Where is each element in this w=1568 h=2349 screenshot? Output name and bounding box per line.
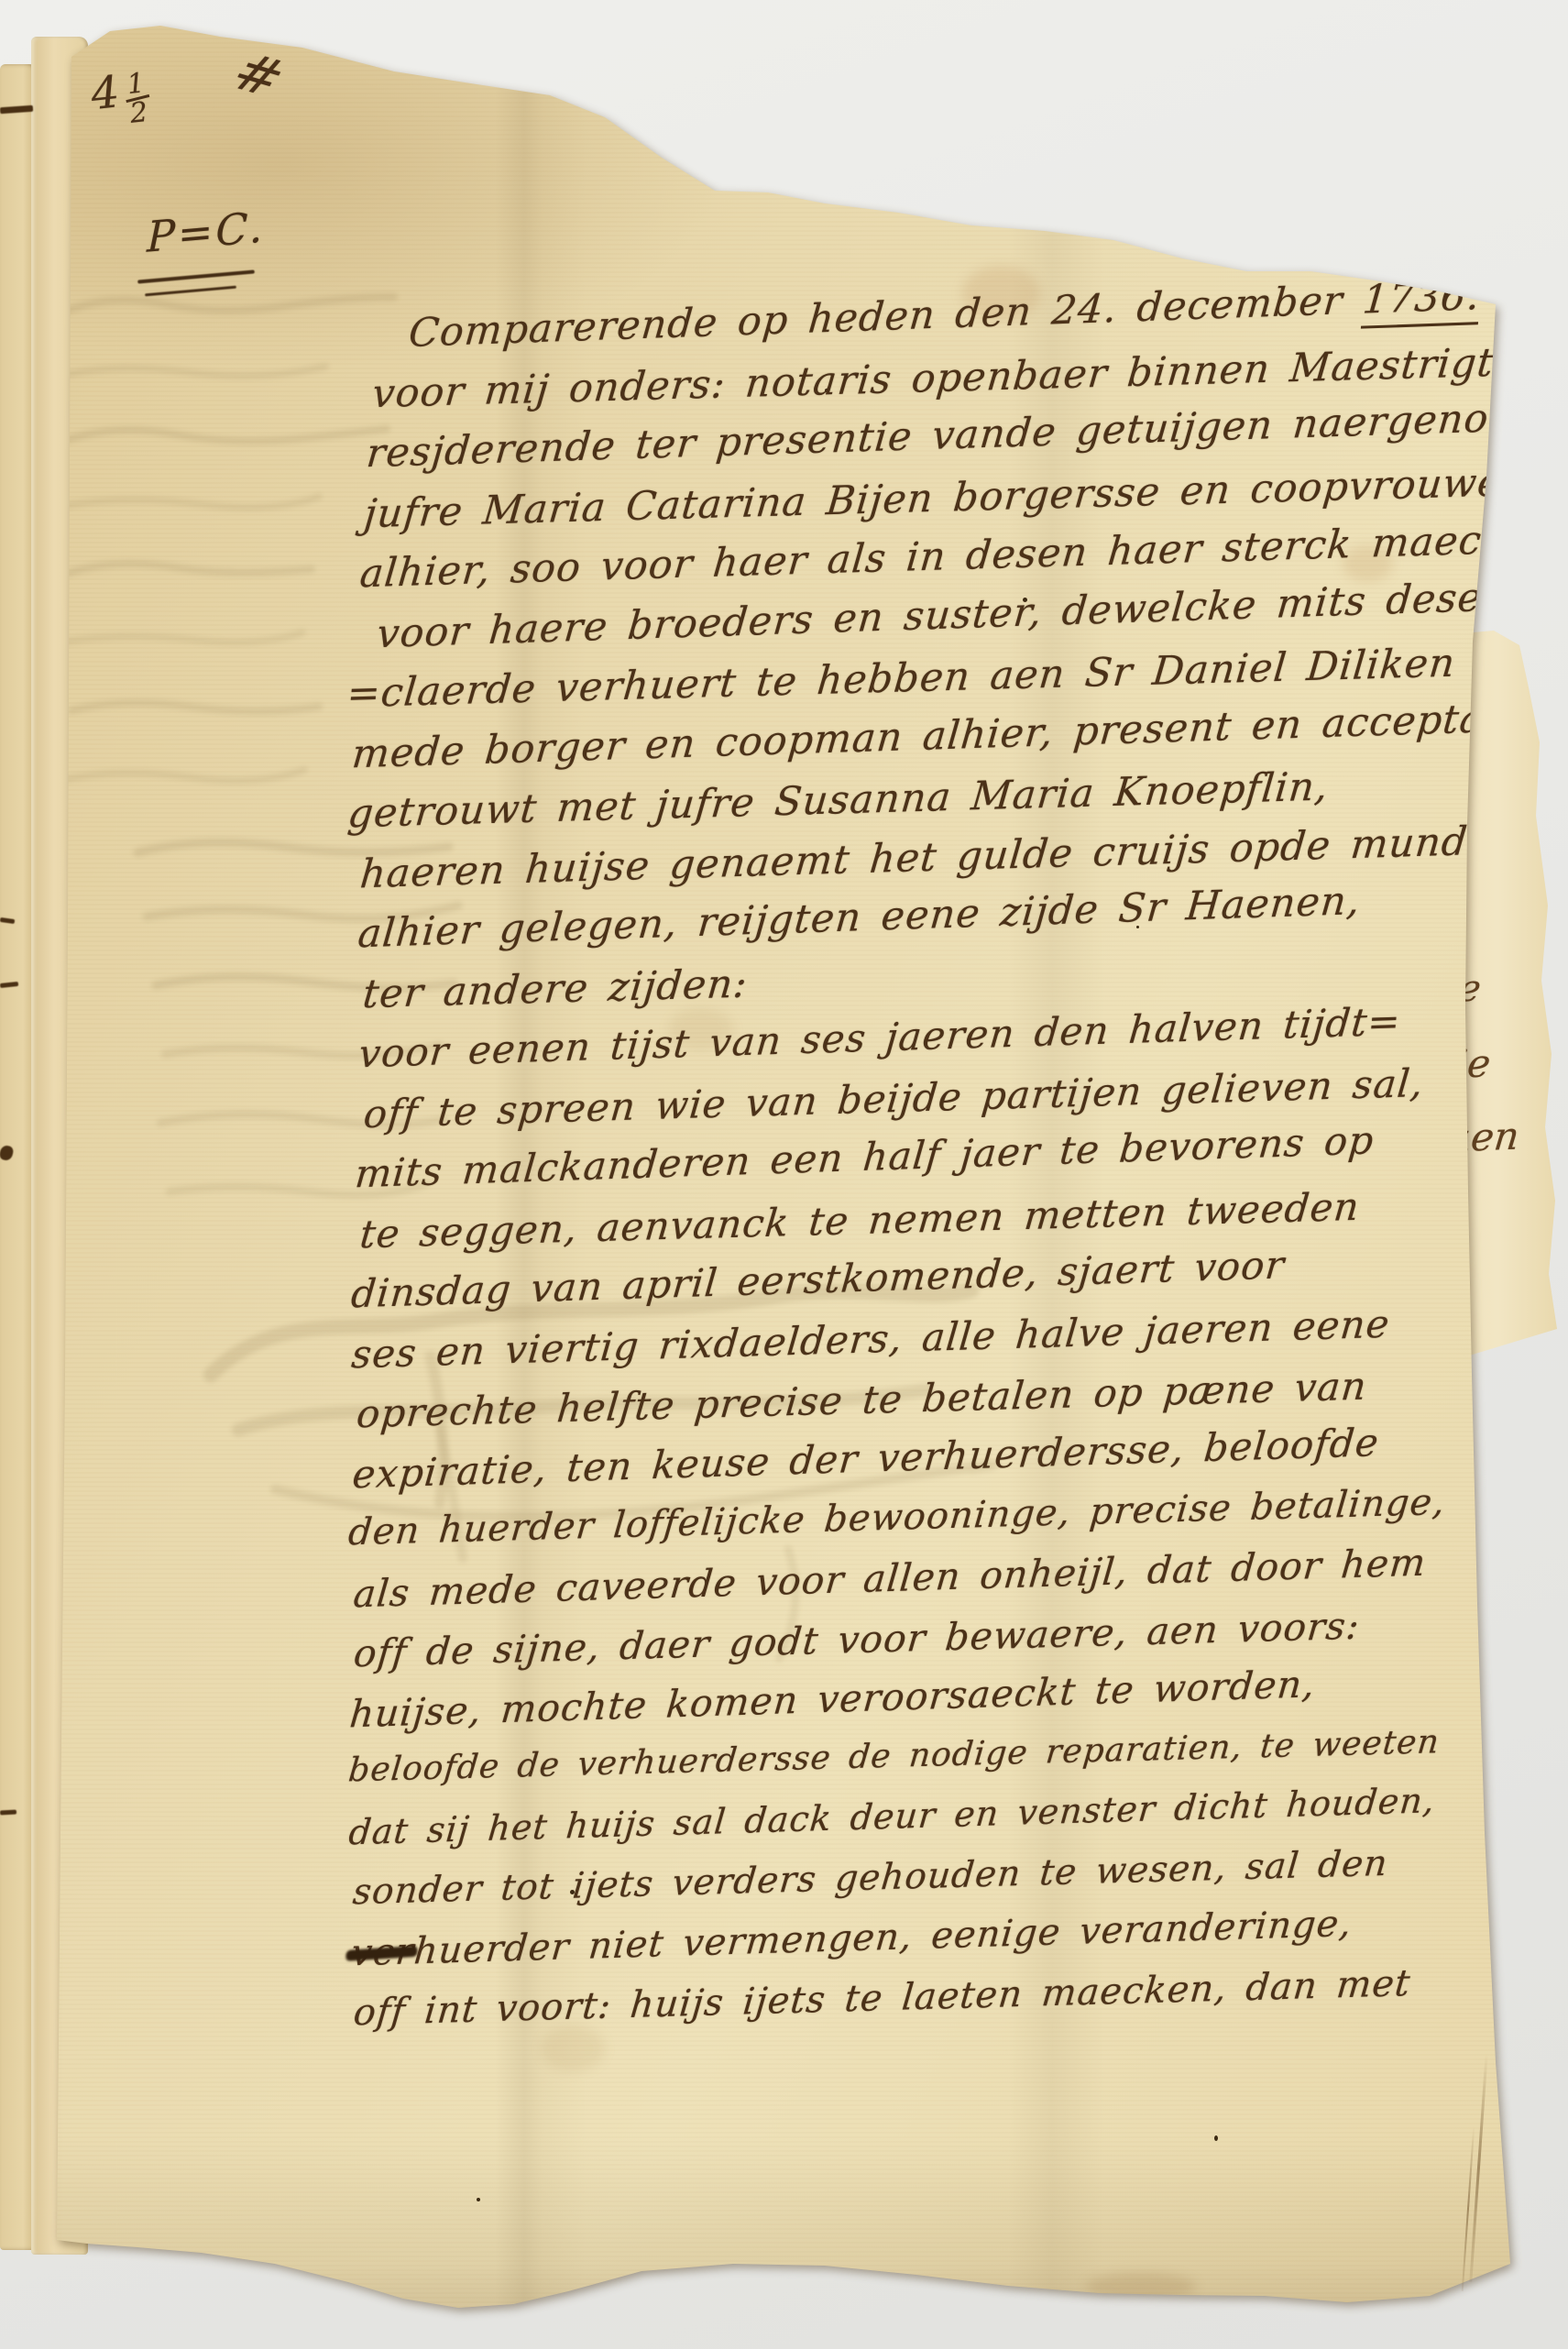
- manuscript-page-wrap: 4 1 2 # P=C. Comparerende op heden den 2…: [0, 0, 1568, 2349]
- manuscript-line: als mede caveerde voor allen onheijl, da…: [352, 1540, 1429, 1616]
- manuscript-line-text: als mede caveerde voor allen onheijl, da…: [352, 1540, 1429, 1616]
- manuscript-line: getrouwt met jufre Susanna Maria Knoepfl…: [345, 763, 1331, 837]
- manuscript-line: huijse, mochte komen veroorsaeckt te wor…: [348, 1662, 1318, 1736]
- manuscript-text: Comparerende op heden den 24. december 1…: [0, 0, 1568, 2349]
- manuscript-line-text: getrouwt met jufre Susanna Maria Knoepfl…: [345, 763, 1331, 837]
- manuscript-line-text: dinsdag van april eerstkomende, sjaert v…: [349, 1242, 1287, 1316]
- manuscript-page: 4 1 2 # P=C. Comparerende op heden den 2…: [0, 0, 1568, 2349]
- scanned-manuscript-scene: e ie ken: [0, 0, 1568, 2349]
- manuscript-line: dat sij het huijs sal dack deur en venst…: [347, 1780, 1437, 1852]
- manuscript-line: dinsdag van april eerstkomende, sjaert v…: [349, 1242, 1287, 1316]
- manuscript-line: verhuerder niet vermengen, eenige verand…: [349, 1902, 1354, 1974]
- underlined-year: 1736.: [1360, 273, 1482, 329]
- manuscript-line-text: ter andere zijden:: [361, 960, 750, 1017]
- manuscript-line-text: beloofde de verhuerdersse de nodige repa…: [346, 1723, 1441, 1789]
- manuscript-line-text: huijse, mochte komen veroorsaeckt te wor…: [348, 1662, 1318, 1736]
- manuscript-line: ter andere zijden:: [361, 960, 750, 1017]
- manuscript-line-text: off int voort: huijs ijets te laeten mae…: [352, 1962, 1413, 2034]
- manuscript-line: off int voort: huijs ijets te laeten mae…: [352, 1962, 1413, 2034]
- manuscript-line: beloofde de verhuerdersse de nodige repa…: [346, 1723, 1441, 1789]
- struck-word-prefix: ver: [349, 1930, 416, 1974]
- manuscript-line: sonder tot ijets verders gehouden te wes…: [351, 1843, 1390, 1914]
- manuscript-line-text: Comparerende op heden den 24. december: [407, 277, 1365, 357]
- manuscript-line-text: dat sij het huijs sal dack deur en venst…: [347, 1780, 1437, 1852]
- manuscript-line: ses en viertig rixdaelders, alle halve j…: [350, 1301, 1392, 1377]
- manuscript-line-text: ses en viertig rixdaelders, alle halve j…: [350, 1301, 1392, 1377]
- manuscript-line-text: huerder niet vermengen, eenige veranderi…: [412, 1902, 1354, 1972]
- manuscript-line-text: sonder tot ijets verders gehouden te wes…: [351, 1843, 1390, 1914]
